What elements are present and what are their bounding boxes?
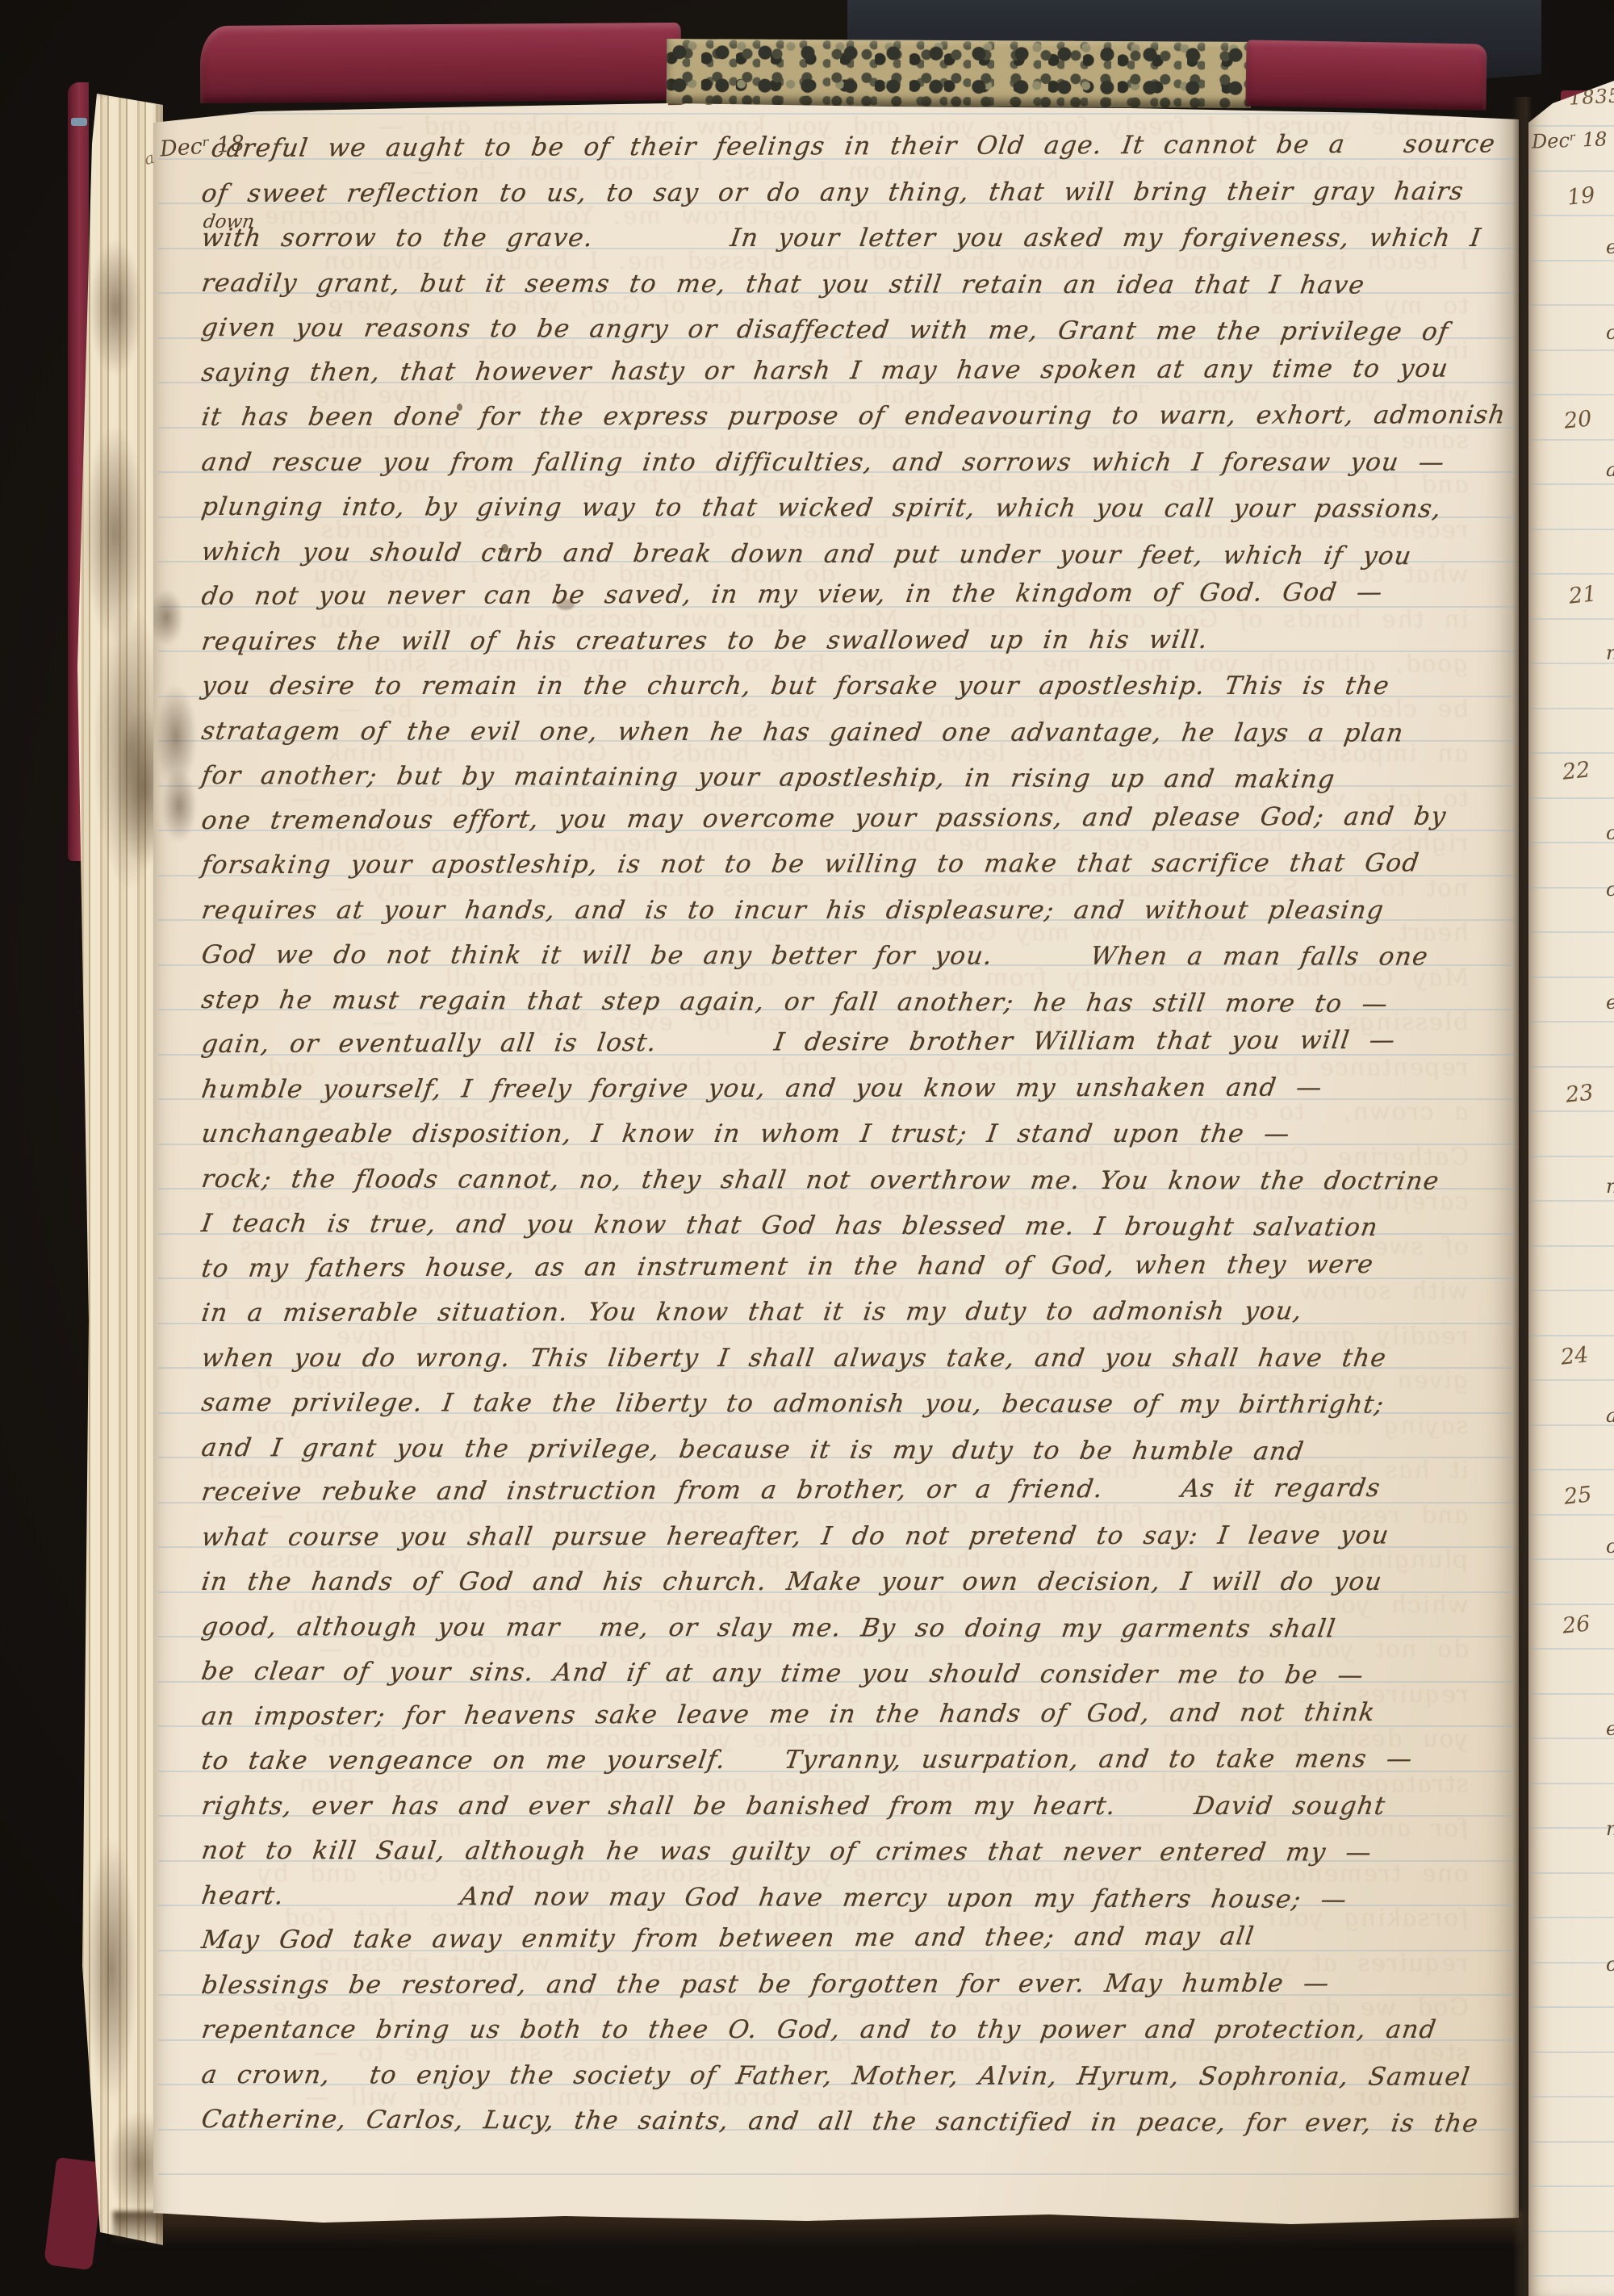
ruled-line (1530, 1872, 1614, 1874)
cut-off-letter: n (1606, 1817, 1614, 1840)
cut-off-letter: e (1606, 991, 1614, 1014)
ruled-line (1530, 304, 1614, 306)
cut-off-letter: o (1606, 822, 1614, 844)
ruled-line (1530, 573, 1614, 575)
ruled-line (1530, 2141, 1614, 2143)
ruled-line (1530, 1827, 1614, 1829)
ruled-line (1530, 529, 1614, 530)
ruled-line (1530, 1783, 1614, 1784)
leather-binding-top-right (1245, 40, 1486, 110)
cut-off-letter: n (1606, 1175, 1614, 1198)
ruled-line (1530, 1693, 1614, 1695)
ruled-line (1530, 260, 1614, 261)
ruled-line (1530, 1379, 1614, 1381)
marbled-binding-strip (667, 39, 1251, 108)
cut-off-letter: n (1606, 642, 1614, 664)
ruled-line (1530, 2185, 1614, 2187)
ruled-line (1530, 618, 1614, 620)
ruled-line (1530, 483, 1614, 485)
cut-off-letter: a (1606, 458, 1614, 481)
cut-off-letter: o (1606, 1535, 1614, 1558)
ruled-line (1530, 1514, 1614, 1516)
ruled-line (1530, 977, 1614, 978)
page-edge-smudge (86, 1837, 137, 2103)
ruled-line (158, 2173, 1516, 2175)
ruled-line (1530, 842, 1614, 843)
ruled-line (1530, 1021, 1614, 1023)
right-page-entry-date: Decʳ 18 (1532, 128, 1608, 153)
ruled-line (1530, 1604, 1614, 1605)
leather-binding-bottom-left (44, 2157, 105, 2270)
ruled-line (1530, 349, 1614, 351)
ruled-line (1530, 752, 1614, 754)
ruled-line (1530, 2275, 1614, 2277)
right-margin-date: 19 (1566, 182, 1595, 210)
ruled-line (1530, 1110, 1614, 1112)
ruled-line (1530, 2231, 1614, 2232)
ruled-line (1530, 1290, 1614, 1291)
ruled-line (1530, 1066, 1614, 1068)
leather-binding-top-left (200, 23, 682, 103)
cut-off-letter: e (1606, 236, 1614, 258)
ruled-line (1530, 1335, 1614, 1336)
cut-off-letter: a (1606, 1404, 1614, 1427)
ruled-line (1530, 1962, 1614, 1964)
page-edges-stack (77, 94, 163, 2245)
cut-off-letter: o (1606, 321, 1614, 344)
ruled-line (1530, 931, 1614, 933)
paper-stain (161, 768, 197, 843)
paper-stain (148, 589, 184, 646)
cut-off-letter: e (1606, 1717, 1614, 1740)
ruled-line (1530, 1200, 1614, 1202)
ruled-line (1530, 170, 1614, 172)
ruled-line (1530, 887, 1614, 889)
ruled-line (1530, 1558, 1614, 1560)
right-margin-date: 25 (1562, 1482, 1592, 1509)
ruled-line (1530, 394, 1614, 395)
journal-left-page: 1835 596 December 1835 Decʳ 18 down humb… (153, 0, 1519, 2296)
ruled-line (1530, 1917, 1614, 1918)
ruled-line (1530, 1156, 1614, 1157)
journal-line: Catherine, Carlos, Lucy, the saints, and… (199, 2105, 1480, 2139)
ruled-line (1530, 1424, 1614, 1426)
scanned-journal-photo: { "page": { "header": { "year": "1835", … (0, 0, 1614, 2296)
ruled-line (1530, 215, 1614, 216)
ruled-line (1530, 1738, 1614, 1739)
ruled-line (1530, 2006, 1614, 2008)
ruled-line (1530, 1469, 1614, 1470)
ruled-line (1530, 2051, 1614, 2053)
cut-off-letter: o (1606, 1953, 1614, 1976)
right-margin-date: 20 (1562, 406, 1592, 433)
ruled-line (1530, 2096, 1614, 2097)
ruled-line (1530, 663, 1614, 664)
ruled-line (1530, 125, 1614, 127)
ruled-line (1530, 1245, 1614, 1247)
right-page-year: 1835 (1568, 84, 1614, 109)
right-margin-date: 21 (1567, 581, 1597, 609)
ruled-line (1530, 797, 1614, 799)
cut-off-letter: c (1606, 878, 1614, 901)
right-margin-date: 23 (1564, 1080, 1594, 1107)
ruled-line (1530, 1648, 1614, 1650)
right-margin-date: 22 (1561, 757, 1591, 784)
ruled-line (1530, 708, 1614, 709)
right-margin-date: 24 (1559, 1342, 1589, 1370)
journal-right-page-edge: 1835 Decʳ 18 1920212223242526 eoanocenao… (1528, 0, 1614, 2296)
endpaper-sliver (71, 118, 87, 126)
page-edge-smudge (89, 239, 142, 376)
right-margin-date: 26 (1561, 1611, 1591, 1638)
ruled-line (1530, 439, 1614, 441)
